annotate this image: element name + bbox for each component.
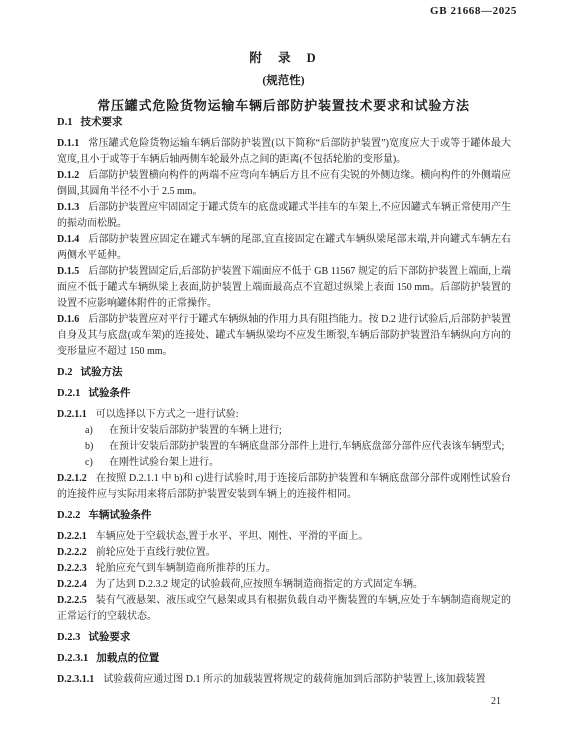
clause-number: D.2.1.1 [57, 409, 96, 420]
clause-number: D.2.2.3 [57, 563, 96, 574]
heading-text: 车辆试验条件 [88, 510, 151, 521]
heading-text: 技术要求 [80, 117, 122, 128]
clause-number: D.1.3 [57, 202, 88, 213]
clause-d1-2: D.1.2后部防护装置横向构件的两端不应弯向车辆后方且不应有尖锐的外侧边缘。横向… [57, 168, 511, 200]
page-number: 21 [491, 696, 501, 707]
appendix-label: 附 录 D [0, 48, 567, 66]
clause-number: D.2.2.4 [57, 579, 96, 590]
normative-label: (规范性) [0, 72, 567, 88]
section-heading-d2: D.2试验方法 [57, 365, 511, 381]
document-page: GB 21668—2025 附 录 D (规范性) 常压罐式危险货物运输车辆后部… [0, 0, 567, 742]
section-heading-d2-3: D.2.3试验要求 [57, 630, 511, 646]
clause-d2-3-1-1: D.2.3.1.1试验载荷应通过图 D.1 所示的加载装置将规定的载荷施加到后部… [57, 672, 511, 688]
clause-d1-5: D.1.5后部防护装置固定后,后部防护装置下端面应不低于 GB 11567 规定… [57, 264, 511, 312]
clause-number: D.2.2.1 [57, 531, 96, 542]
clause-number: D.1.1 [57, 138, 88, 149]
clause-number: D.1 [57, 117, 80, 128]
clause-number: D.2.3.1.1 [57, 674, 103, 685]
clause-d1-6: D.1.6后部防护装置应对平行于罐式车辆纵轴的作用力具有阻挡能力。按 D.2 进… [57, 312, 511, 360]
list-marker: c) [85, 455, 109, 471]
list-text: 在预计安装后部防护装置的车辆上进行; [109, 425, 282, 436]
list-item-a: a)在预计安装后部防护装置的车辆上进行; [57, 423, 511, 439]
clause-number: D.2.1.2 [57, 473, 96, 484]
clause-d1-3: D.1.3后部防护装置应牢固固定于罐式货车的底盘或罐式半挂车的车架上,不应因罐式… [57, 200, 511, 232]
clause-text: 常压罐式危险货物运输车辆后部防护装置(以下简称“后部防护装置”)宽度应大于或等于… [57, 138, 511, 165]
heading-text: 试验条件 [88, 388, 130, 399]
list-item-b: b)在预计安装后部防护装置的车辆底盘部分部件上进行,车辆底盘部分部件应代表该车辆… [57, 439, 511, 455]
clause-number: D.2.1 [57, 388, 88, 399]
heading-text: 试验要求 [88, 632, 130, 643]
clause-text: 后部防护装置应固定在罐式车辆的尾部,宜直接固定在罐式车辆纵梁尾部末端,并向罐式车… [57, 234, 511, 261]
heading-text: 加载点的位置 [96, 653, 159, 664]
clause-d2-2-4: D.2.2.4为了达到 D.2.3.2 规定的试验载荷,应按照车辆制造商指定的方… [57, 577, 511, 593]
clause-d2-2-2: D.2.2.2前轮应处于直线行驶位置。 [57, 545, 511, 561]
clause-text: 后部防护装置应牢固固定于罐式货车的底盘或罐式半挂车的车架上,不应因罐式车辆正常使… [57, 202, 511, 229]
clause-text: 后部防护装置固定后,后部防护装置下端面应不低于 GB 11567 规定的后下部防… [57, 266, 511, 309]
clause-number: D.1.6 [57, 314, 88, 325]
section-heading-d1: D.1技术要求 [57, 115, 511, 131]
clause-text: 在按照 D.2.1.1 中 b)和 c)进行试验时,用于连接后部防护装置和车辆底… [57, 473, 511, 500]
clause-text: 可以选择以下方式之一进行试验: [96, 409, 239, 420]
clause-number: D.2.3 [57, 632, 88, 643]
clause-d2-2-1: D.2.2.1车辆应处于空载状态,置于水平、平坦、刚性、平滑的平面上。 [57, 529, 511, 545]
list-item-c: c)在刚性试验台架上进行。 [57, 455, 511, 471]
clause-text: 后部防护装置横向构件的两端不应弯向车辆后方且不应有尖锐的外侧边缘。横向构件的外侧… [57, 170, 511, 197]
clause-number: D.1.4 [57, 234, 88, 245]
clause-number: D.2.3.1 [57, 653, 96, 664]
document-body: D.1技术要求 D.1.1常压罐式危险货物运输车辆后部防护装置(以下简称“后部防… [57, 110, 511, 688]
clause-number: D.2 [57, 367, 80, 378]
list-marker: b) [85, 439, 109, 455]
clause-number: D.1.2 [57, 170, 88, 181]
title-block: 附 录 D (规范性) 常压罐式危险货物运输车辆后部防护装置技术要求和试验方法 [0, 48, 567, 114]
clause-text: 试验载荷应通过图 D.1 所示的加载装置将规定的载荷施加到后部防护装置上,该加载… [103, 674, 485, 685]
clause-text: 后部防护装置应对平行于罐式车辆纵轴的作用力具有阻挡能力。按 D.2 进行试验后,… [57, 314, 511, 357]
clause-text: 前轮应处于直线行驶位置。 [96, 547, 216, 558]
clause-text: 装有气液悬架、液压或空气悬架或具有根据负载自动平衡装置的车辆,应处于车辆制造商规… [57, 595, 511, 622]
clause-d2-1-2: D.2.1.2在按照 D.2.1.1 中 b)和 c)进行试验时,用于连接后部防… [57, 471, 511, 503]
list-text: 在刚性试验台架上进行。 [109, 457, 219, 468]
clause-d1-4: D.1.4后部防护装置应固定在罐式车辆的尾部,宜直接固定在罐式车辆纵梁尾部末端,… [57, 232, 511, 264]
clause-d2-2-5: D.2.2.5装有气液悬架、液压或空气悬架或具有根据负载自动平衡装置的车辆,应处… [57, 593, 511, 625]
clause-text: 车辆应处于空载状态,置于水平、平坦、刚性、平滑的平面上。 [96, 531, 369, 542]
clause-d1-1: D.1.1常压罐式危险货物运输车辆后部防护装置(以下简称“后部防护装置”)宽度应… [57, 136, 511, 168]
clause-text: 为了达到 D.2.3.2 规定的试验载荷,应按照车辆制造商指定的方式固定车辆。 [96, 579, 423, 590]
section-heading-d2-2: D.2.2车辆试验条件 [57, 508, 511, 524]
clause-number: D.2.2 [57, 510, 88, 521]
heading-text: 试验方法 [80, 367, 122, 378]
clause-text: 轮胎应充气到车辆制造商所推荐的压力。 [96, 563, 276, 574]
list-marker: a) [85, 423, 109, 439]
clause-number: D.2.2.2 [57, 547, 96, 558]
clause-d2-2-3: D.2.2.3轮胎应充气到车辆制造商所推荐的压力。 [57, 561, 511, 577]
clause-number: D.2.2.5 [57, 595, 96, 606]
section-heading-d2-3-1: D.2.3.1加载点的位置 [57, 651, 511, 667]
list-text: 在预计安装后部防护装置的车辆底盘部分部件上进行,车辆底盘部分部件应代表该车辆型式… [109, 441, 504, 452]
clause-d2-1-1: D.2.1.1可以选择以下方式之一进行试验: [57, 407, 511, 423]
clause-number: D.1.5 [57, 266, 88, 277]
section-heading-d2-1: D.2.1试验条件 [57, 386, 511, 402]
doc-number: GB 21668—2025 [430, 5, 517, 17]
